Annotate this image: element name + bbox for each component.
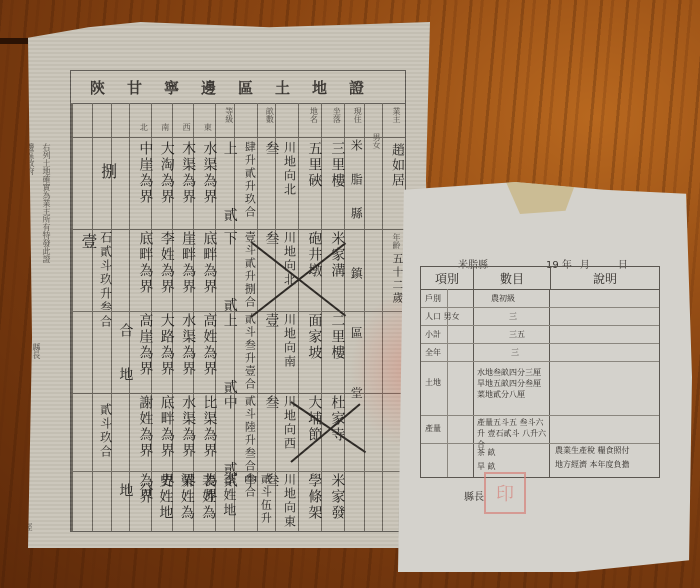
row2-area: 叁 <box>261 231 281 247</box>
row-label: 戶別 <box>425 293 441 304</box>
owner-name: 趙如居 <box>387 143 406 188</box>
age-label: 年齡 <box>391 233 402 249</box>
land-certificate: 陝甘寧邊區土地證 業主 趙如居 年齡 五十二歲 男女 現住 米脂縣 鎮 區 堂 … <box>28 22 430 548</box>
row-value: 三 <box>511 347 519 358</box>
title-band: 陝甘寧邊區土地證 <box>71 71 405 104</box>
row5-north: 史姓地為界 <box>135 473 175 531</box>
total-area: 壹 <box>77 233 100 251</box>
col-amount: 數目 <box>474 267 551 289</box>
yield-col: 肆升貳升玖合 壹斗貳升捌合 貳斗叁升壹合 貳斗陸升叁合 貳斗伍升叁合 <box>234 103 257 531</box>
north-col: 北 中崖為界 底畔為界 高崖為界 謝姓為界 史姓地為界 <box>129 103 150 531</box>
row5-yield: 貳斗伍升叁合 <box>241 473 273 531</box>
era: 中華民國 <box>1 113 12 185</box>
row-value: 水地叁畝四分三厘 旱地五畝四分叁厘 菜地貳分八厘 <box>477 367 547 400</box>
col-divider <box>473 289 474 477</box>
location-label: 坐落 <box>331 107 342 123</box>
printed-note: 右列土地確實為業主所有特發此證 <box>41 143 52 263</box>
row1-land-name: 五里硤 <box>304 141 324 189</box>
table-seam <box>0 38 30 44</box>
row4-direction: 川地向西 <box>281 395 298 451</box>
row4-east: 比渠為界 <box>199 395 219 459</box>
row4-north: 謝姓為界 <box>135 395 155 459</box>
owner-label: 業主 <box>391 107 402 123</box>
row5-west: 裴姓為界 <box>178 473 218 531</box>
row-divider-4 <box>71 471 405 472</box>
north-label: 北 <box>138 123 149 131</box>
row-value: 三 <box>509 311 517 322</box>
row2-grade: 下 貳 <box>220 231 240 335</box>
direction-col: 川地向北 川地向北 川地向南 川地向西 川地向東 <box>275 103 298 531</box>
gender-label: 男女 <box>371 133 382 149</box>
signature-column: 右列土地確實為業主所有特發此證 邊區政府 縣長 副縣長 中華民國 三月十八 年 … <box>71 103 72 531</box>
total-col-2: 捌 石貳斗玖升叁合 貳斗玖合 <box>92 103 112 531</box>
row-value: 旱 畝 <box>477 461 496 472</box>
total-label-1: 合地 <box>115 323 135 411</box>
table-row <box>421 343 659 344</box>
total-yield: 石貳斗玖升叁合 <box>98 231 115 329</box>
row1-location: 三里樓 <box>327 141 347 189</box>
total-handwritten-1: 捌 <box>97 163 120 181</box>
row2-yield: 壹斗貳升捌合 <box>241 231 257 309</box>
west-col: 西 木渠為界 崖畔為界 水渠為界 水渠為界 裴姓為界 <box>172 103 193 531</box>
row3-south: 大路為界 <box>157 313 177 377</box>
row5-south: 梁姓為界 <box>157 473 197 531</box>
row5-location: 米家發 <box>327 473 347 521</box>
row-label: 小計 <box>425 329 441 340</box>
tape-patch <box>506 182 576 214</box>
row4-west: 水渠為界 <box>178 395 198 459</box>
table-row <box>421 325 659 326</box>
row5-land-name: 學條架 <box>304 473 324 521</box>
east-col: 東 水渠為界 底畔為界 高姓為界 比渠為界 李姓地為界 <box>193 103 214 531</box>
row-label: 產量 <box>425 423 441 434</box>
area-label: 畝數 <box>264 107 275 123</box>
land-name-label: 地名 <box>308 107 319 123</box>
row3-location: 二里樓 <box>327 313 347 361</box>
registrar: 經辦人 <box>1 523 34 531</box>
row2-east: 底畔為界 <box>199 231 219 295</box>
west-label: 西 <box>181 123 192 131</box>
total-handwritten-3: 貳斗玖合 <box>98 403 115 459</box>
row2-south: 李姓為界 <box>157 231 177 295</box>
handwritten-date: 三月十八 <box>0 423 22 503</box>
row4-land-name: 大埔節 <box>304 395 324 443</box>
row2-location: 米家溝 <box>327 231 347 279</box>
table-row <box>421 361 659 362</box>
row-value: 農初級 <box>491 293 515 304</box>
row-label: 土地 <box>425 377 441 388</box>
row3-west: 水渠為界 <box>178 313 198 377</box>
year-suffix: 年 <box>0 323 10 331</box>
row3-grade: 上 貳 <box>220 313 240 417</box>
row1-yield: 肆升貳升玖合 <box>241 141 257 219</box>
record-table: 項別 數目 說明 戶別 農初級 人口 男女 三 小計 三五 全年 三 土地 水地… <box>420 266 660 478</box>
row4-south: 底畔為界 <box>157 395 177 459</box>
grade-label: 等級 <box>224 107 235 123</box>
day-suffix: 日 <box>3 553 14 561</box>
residence-label: 現住 <box>352 107 363 123</box>
row1-north: 中崖為界 <box>135 141 155 205</box>
row-divider-1 <box>71 229 405 230</box>
remark: 地方經濟 本年度負擔 <box>555 459 630 470</box>
row4-location: 杜家寺 <box>327 395 347 443</box>
land-name-col: 地名 五里硤 砲井墩 面家坡 大埔節 學條架 <box>298 103 321 531</box>
row-location-col: 坐落 三里樓 米家溝 二里樓 杜家寺 米家發 <box>321 103 344 531</box>
row1-direction: 川地向北 <box>281 141 298 197</box>
row4-yield: 貳斗陸升叁合 <box>241 395 257 473</box>
total-label-3: 分地 <box>115 483 155 531</box>
row-value: 三五 <box>509 329 525 340</box>
row2-direction: 川地向北 <box>281 231 298 287</box>
certificate-title: 陝甘寧邊區土地證 <box>90 77 386 98</box>
grade-col: 等級 上 貳 下 貳 上 貳 中 貳 中 貳 <box>215 103 235 531</box>
row3-area: 壹 <box>261 313 281 329</box>
row-label: 人口 男女 <box>425 311 460 322</box>
cross-out-stroke <box>250 242 346 317</box>
row-label: 全年 <box>425 347 441 358</box>
official-1: 縣長 <box>31 343 42 359</box>
area-col: 畝數 叁 叁 壹 叁 叁 <box>257 103 275 531</box>
row4-grade: 中 貳 <box>220 395 240 499</box>
remark: 農業生產稅 糧食照付 <box>555 445 630 456</box>
row2-land-name: 砲井墩 <box>304 231 324 279</box>
table-row <box>421 415 659 416</box>
row1-grade: 上 貳 <box>220 141 240 245</box>
east-label: 東 <box>202 123 213 131</box>
total-col-1: 合地 分地 <box>111 103 129 531</box>
row2-west: 崖畔為界 <box>178 231 198 295</box>
official-2: 副縣長 <box>19 343 30 367</box>
table-header: 項別 數目 說明 <box>421 267 659 290</box>
south-col: 南 大淘為界 李姓為界 大路為界 底畔為界 梁姓為界 <box>151 103 172 531</box>
cross-out-stroke <box>250 241 346 316</box>
household-record-sheet: 米脂縣 19 年 月 日 項別 數目 說明 戶別 農初級 人口 男女 三 小計 … <box>398 182 692 572</box>
table-row <box>421 307 659 308</box>
row2-north: 底畔為界 <box>135 231 155 295</box>
stamp-text: 印 <box>496 480 514 506</box>
total-col-3: 壹 <box>72 103 92 531</box>
row3-yield: 貳斗叁升壹合 <box>241 313 257 391</box>
col-item: 項別 <box>421 267 474 289</box>
row5-east: 李姓地為界 <box>199 473 237 531</box>
row3-north: 高崖為界 <box>135 313 155 377</box>
issuer: 邊區政府 <box>25 143 36 175</box>
row4-area: 叁 <box>261 395 281 411</box>
row-value: 茶 畝 <box>477 447 496 458</box>
row3-direction: 川地向南 <box>281 313 298 369</box>
row1-area: 叁 <box>261 141 281 157</box>
row-value: 產量五斗五 叁斗六升 壹石貳斗 八升六合 <box>477 417 547 450</box>
row1-east: 水渠為界 <box>199 141 219 205</box>
footer-label: 縣長 <box>464 488 484 503</box>
row3-land-name: 面家坡 <box>304 313 324 361</box>
red-seal-stamp: 印 <box>484 472 526 514</box>
col-divider <box>549 289 550 477</box>
row5-area: 叁 <box>261 473 281 489</box>
row5-grade: 中 貳 <box>220 473 260 531</box>
header-divider <box>71 137 405 138</box>
row5-direction: 川地向東 <box>281 473 298 529</box>
row3-east: 高姓為界 <box>199 313 219 377</box>
row1-south: 大淘為界 <box>157 141 177 205</box>
col-remarks: 說明 <box>551 267 659 289</box>
south-label: 南 <box>160 123 171 131</box>
row1-west: 木渠為界 <box>178 141 198 205</box>
